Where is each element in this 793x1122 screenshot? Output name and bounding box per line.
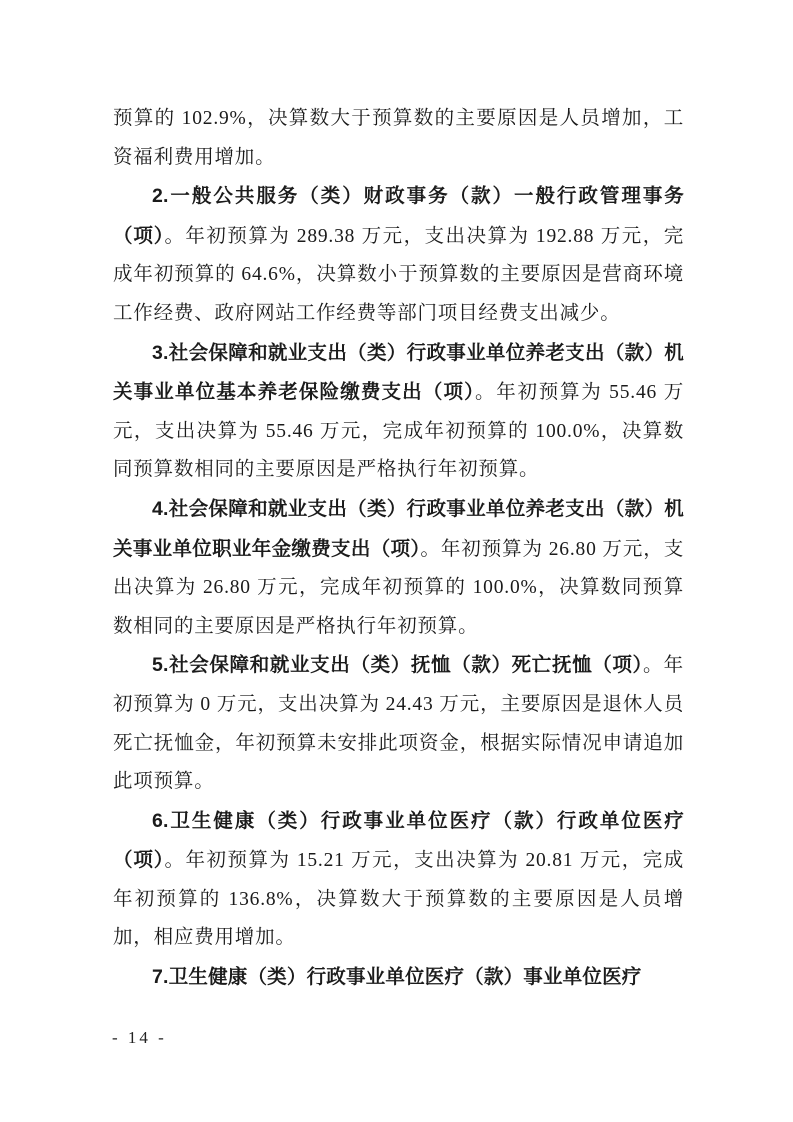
page-number: - 14 - [112, 1025, 167, 1051]
paragraph-item-4: 4.社会保障和就业支出（类）行政事业单位养老支出（款）机关事业单位职业年金缴费支… [113, 490, 684, 646]
section-heading-run: 7.卫生健康（类）行政事业单位医疗（款）事业单位医疗 [152, 966, 641, 988]
page-body-text: 预算的 102.9%，决算数大于预算数的主要原因是人员增加，工资福利费用增加。2… [113, 100, 684, 998]
body-text-run: 。年初预算为 289.38 万元，支出决算为 192.88 万元，完成年初预算的… [113, 226, 684, 324]
paragraph-item-6: 6.卫生健康（类）行政事业单位医疗（款）行政单位医疗（项）。年初预算为 15.2… [113, 802, 684, 958]
paragraph-item-5: 5.社会保障和就业支出（类）抚恤（款）死亡抚恤（项）。年初预算为 0 万元，支出… [113, 646, 684, 801]
paragraph-item-1-continuation: 预算的 102.9%，决算数大于预算数的主要原因是人员增加，工资福利费用增加。 [113, 100, 684, 177]
paragraph-item-2: 2.一般公共服务（类）财政事务（款）一般行政管理事务（项）。年初预算为 289.… [113, 177, 684, 333]
body-text-run: 预算的 102.9%，决算数大于预算数的主要原因是人员增加，工资福利费用增加。 [113, 108, 684, 168]
document-page: 预算的 102.9%，决算数大于预算数的主要原因是人员增加，工资福利费用增加。2… [0, 0, 793, 1122]
paragraph-item-7: 7.卫生健康（类）行政事业单位医疗（款）事业单位医疗 [113, 958, 684, 998]
section-heading-run: 5.社会保障和就业支出（类）抚恤（款）死亡抚恤（项） [152, 654, 643, 676]
paragraph-item-3: 3.社会保障和就业支出（类）行政事业单位养老支出（款）机关事业单位基本养老保险缴… [113, 334, 684, 490]
body-text-run: 。年初预算为 15.21 万元，支出决算为 20.81 万元，完成年初预算的 1… [113, 850, 684, 948]
